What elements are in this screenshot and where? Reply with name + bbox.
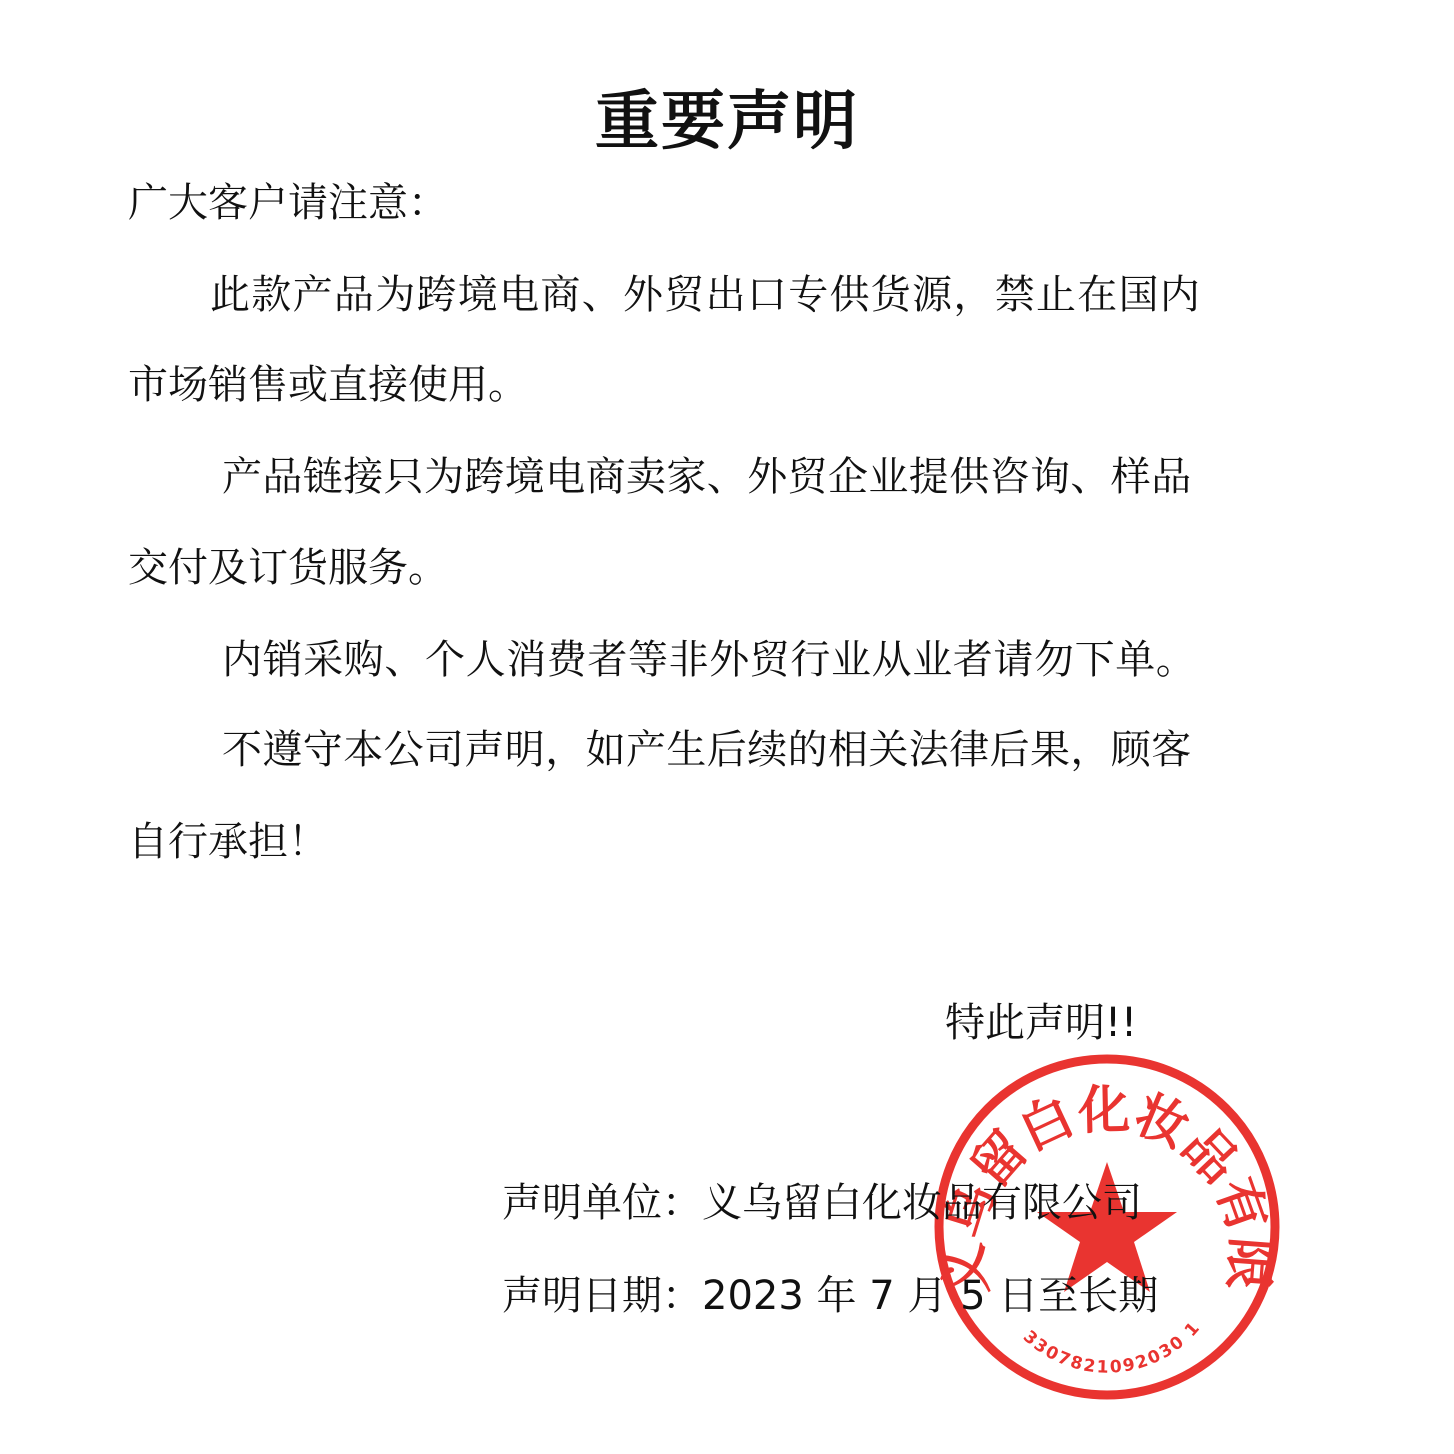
paragraph-1-line-1: 此款产品为跨境电商、外贸出口专供货源，禁止在国内	[210, 275, 1201, 315]
company-seal: 义乌留白化妆品有限公司 3307821092030 1	[932, 1052, 1282, 1402]
page-title: 重要声明	[0, 70, 1454, 162]
svg-text:3307821092030 1: 3307821092030 1	[1019, 1317, 1205, 1378]
closing-statement: 特此声明!!	[945, 1003, 1137, 1043]
greeting: 广大客户请注意：	[128, 183, 448, 223]
issuer-line: 声明单位：义乌留白化妆品有限公司	[502, 1183, 1142, 1223]
seal-number: 3307821092030 1	[1019, 1317, 1205, 1378]
paragraph-1-line-2: 市场销售或直接使用。	[128, 365, 528, 405]
seal-stamp-icon: 义乌留白化妆品有限公司 3307821092030 1	[932, 1052, 1282, 1402]
paragraph-2-line-2: 交付及订货服务。	[128, 548, 448, 588]
paragraph-4-line-2: 自行承担！	[128, 822, 328, 862]
paragraph-4-line-1: 不遵守本公司声明，如产生后续的相关法律后果，顾客	[222, 730, 1192, 770]
paragraph-2-line-1: 产品链接只为跨境电商卖家、外贸企业提供咨询、样品	[222, 457, 1192, 497]
paragraph-3: 内销采购、个人消费者等非外贸行业从业者请勿下单。	[222, 640, 1196, 680]
date-line: 声明日期：2023 年 7 月 5 日至长期	[502, 1276, 1158, 1316]
